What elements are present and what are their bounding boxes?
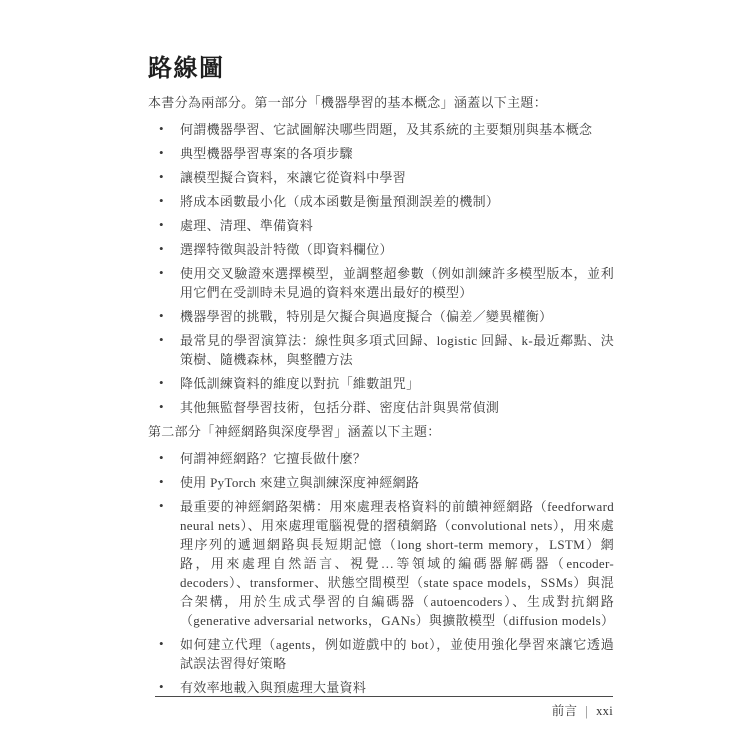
list-item-text: 最重要的神經網路架構：用來處理表格資料的前饋神經網路（feedforward n… (180, 499, 614, 628)
list-item-text: 何謂神經網路？它擅長做什麼？ (180, 451, 366, 466)
list-item: •最常見的學習演算法：線性與多項式回歸、logistic 回歸、k-最近鄰點、決… (148, 331, 614, 369)
bullet-icon: • (159, 330, 164, 349)
list-item: •讓模型擬合資料，來讓它從資料中學習 (148, 168, 614, 187)
list-item: •機器學習的挑戰，特別是欠擬合與過度擬合（偏差／變異權衡） (148, 307, 614, 326)
list-item: •選擇特徵與設計特徵（即資料欄位） (148, 240, 614, 259)
part1-intro: 本書分為兩部分。第一部分「機器學習的基本概念」涵蓋以下主題： (148, 93, 614, 112)
list-item: •其他無監督學習技術，包括分群、密度估計與異常偵測 (148, 398, 614, 417)
page-title: 路線圖 (148, 55, 614, 82)
list-item-text: 最常見的學習演算法：線性與多項式回歸、logistic 回歸、k-最近鄰點、決策… (180, 333, 614, 367)
list-item: •最重要的神經網路架構：用來處理表格資料的前饋神經網路（feedforward … (148, 497, 614, 630)
list-item-text: 機器學習的挑戰，特別是欠擬合與過度擬合（偏差／變異權衡） (180, 309, 552, 324)
list-item: •何謂機器學習、它試圖解決哪些問題，及其系統的主要類別與基本概念 (148, 120, 614, 139)
part2-intro: 第二部分「神經網路與深度學習」涵蓋以下主題： (148, 422, 614, 441)
list-item-text: 使用交叉驗證來選擇模型，並調整超參數（例如訓練許多模型版本，並利用它們在受訓時未… (180, 266, 614, 300)
list-item: •處理、清理、準備資料 (148, 216, 614, 235)
part1-topics-list: •何謂機器學習、它試圖解決哪些問題，及其系統的主要類別與基本概念 •典型機器學習… (148, 120, 614, 417)
bullet-icon: • (159, 191, 164, 210)
list-item-text: 選擇特徵與設計特徵（即資料欄位） (180, 242, 393, 257)
list-item-text: 將成本函數最小化（成本函數是衡量預測誤差的機制） (180, 194, 499, 209)
list-item: •使用 PyTorch 來建立與訓練深度神經網路 (148, 473, 614, 492)
bullet-icon: • (159, 496, 164, 515)
list-item-text: 使用 PyTorch 來建立與訓練深度神經網路 (180, 475, 419, 490)
book-page: 路線圖 本書分為兩部分。第一部分「機器學習的基本概念」涵蓋以下主題： •何謂機器… (0, 0, 750, 750)
bullet-icon: • (159, 239, 164, 258)
list-item-text: 典型機器學習專案的各項步驟 (180, 146, 353, 161)
list-item: •典型機器學習專案的各項步驟 (148, 144, 614, 163)
page-footer: 前言|xxi (155, 701, 613, 719)
page-content: 路線圖 本書分為兩部分。第一部分「機器學習的基本概念」涵蓋以下主題： •何謂機器… (148, 55, 614, 702)
list-item-text: 何謂機器學習、它試圖解決哪些問題，及其系統的主要類別與基本概念 (180, 122, 592, 137)
list-item: •將成本函數最小化（成本函數是衡量預測誤差的機制） (148, 192, 614, 211)
bullet-icon: • (159, 167, 164, 186)
list-item-text: 如何建立代理（agents，例如遊戲中的 bot），並使用強化學習來讓它透過試誤… (180, 637, 614, 671)
bullet-icon: • (159, 472, 164, 491)
list-item: •何謂神經網路？它擅長做什麼？ (148, 449, 614, 468)
footer-section-label: 前言 (552, 704, 578, 718)
bullet-icon: • (159, 373, 164, 392)
list-item: •使用交叉驗證來選擇模型，並調整超參數（例如訓練許多模型版本，並利用它們在受訓時… (148, 264, 614, 302)
bullet-icon: • (159, 677, 164, 696)
footer-page-number: xxi (596, 704, 613, 718)
bullet-icon: • (159, 306, 164, 325)
footer-separator: | (585, 703, 588, 720)
bullet-icon: • (159, 263, 164, 282)
list-item-text: 處理、清理、準備資料 (180, 218, 313, 233)
footer-divider (155, 696, 613, 697)
list-item: •有效率地載入與預處理大量資料 (148, 678, 614, 697)
bullet-icon: • (159, 634, 164, 653)
list-item: •降低訓練資料的維度以對抗「維數詛咒」 (148, 374, 614, 393)
list-item: •如何建立代理（agents，例如遊戲中的 bot），並使用強化學習來讓它透過試… (148, 635, 614, 673)
part2-topics-list: •何謂神經網路？它擅長做什麼？ •使用 PyTorch 來建立與訓練深度神經網路… (148, 449, 614, 697)
bullet-icon: • (159, 143, 164, 162)
bullet-icon: • (159, 215, 164, 234)
bullet-icon: • (159, 119, 164, 138)
bullet-icon: • (159, 397, 164, 416)
list-item-text: 其他無監督學習技術，包括分群、密度估計與異常偵測 (180, 400, 499, 415)
list-item-text: 降低訓練資料的維度以對抗「維數詛咒」 (180, 376, 419, 391)
list-item-text: 讓模型擬合資料，來讓它從資料中學習 (180, 170, 406, 185)
list-item-text: 有效率地載入與預處理大量資料 (180, 680, 366, 695)
bullet-icon: • (159, 448, 164, 467)
